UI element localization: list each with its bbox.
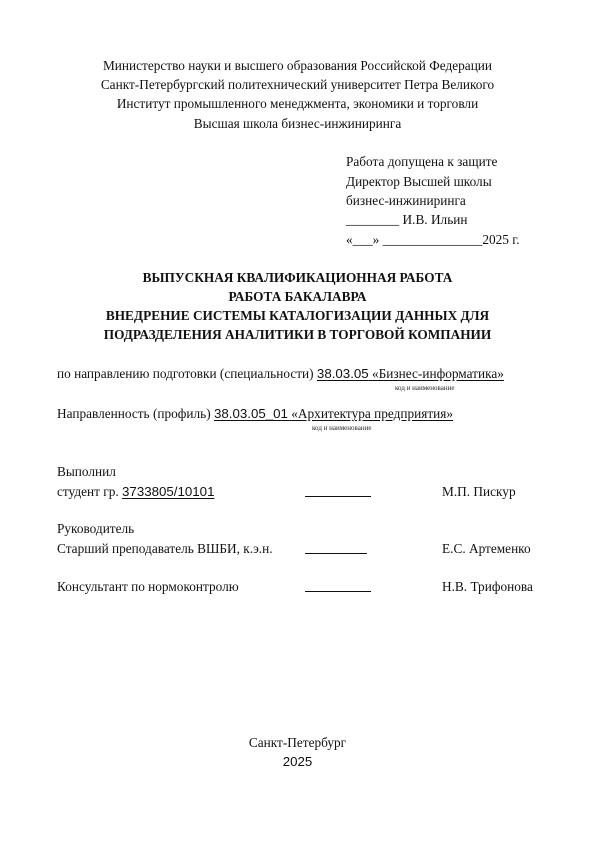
ministry-line: Министерство науки и высшего образования…	[0, 56, 595, 75]
consultant-label: Консультант по нормоконтролю	[57, 577, 239, 596]
supervisor-signature-line	[305, 541, 367, 554]
director-name: И.В. Ильин	[403, 212, 468, 227]
direction-label: по направлению подготовки (специальности…	[57, 366, 314, 381]
date-day-blank: ___	[353, 232, 373, 247]
approval-line-2: Директор Высшей школы	[346, 172, 492, 191]
school-line: Высшая школа бизнес-инжиниринга	[0, 114, 595, 133]
direction-name: «Бизнес-информатика»	[372, 366, 504, 381]
approval-date-row: «___» _______________2025 г.	[346, 230, 520, 249]
approval-line-3: бизнес-инжиниринга	[346, 191, 466, 210]
close-quote: »	[373, 232, 380, 247]
title-line-3: ВНЕДРЕНИЕ СИСТЕМЫ КАТАЛОГИЗАЦИИ ДАННЫХ Д…	[0, 306, 595, 325]
date-year: 2025 г.	[482, 232, 519, 247]
profile-row: Направленность (профиль) 38.03.05_01 «Ар…	[57, 404, 453, 423]
direction-row: по направлению подготовки (специальности…	[57, 364, 504, 383]
profile-code: 38.03.05_01	[214, 406, 288, 421]
profile-name: «Архитектура предприятия»	[291, 406, 453, 421]
title-line-2: РАБОТА БАКАЛАВРА	[0, 287, 595, 306]
student-name: М.П. Пискур	[442, 482, 516, 501]
student-group: 3733805/10101	[122, 484, 214, 499]
approval-line-1: Работа допущена к защите	[346, 152, 497, 171]
consultant-name: Н.В. Трифонова	[442, 577, 533, 596]
supervisor-role: Руководитель	[57, 519, 134, 538]
date-month-blank: _______________	[383, 232, 483, 247]
open-quote: «	[346, 232, 353, 247]
consultant-signature-line	[305, 579, 371, 592]
student-signature-line	[305, 484, 371, 497]
student-label: студент гр.	[57, 484, 119, 499]
footer-city: Санкт-Петербург	[0, 733, 595, 752]
footer-year: 2025	[0, 752, 595, 771]
direction-caption: код и наименование	[395, 384, 454, 392]
university-line: Санкт-Петербургский политехнический унив…	[0, 75, 595, 94]
student-role: Выполнил	[57, 462, 116, 481]
student-row: студент гр. 3733805/10101	[57, 482, 214, 501]
profile-caption: код и наименование	[312, 424, 371, 432]
direction-value: 38.03.05 «Бизнес-информатика»	[317, 366, 504, 381]
profile-label: Направленность (профиль)	[57, 406, 211, 421]
institute-line: Институт промышленного менеджмента, экон…	[0, 94, 595, 113]
supervisor-label: Старший преподаватель ВШБИ, к.э.н.	[57, 539, 273, 558]
profile-value: 38.03.05_01 «Архитектура предприятия»	[214, 406, 453, 421]
supervisor-name: Е.С. Артеменко	[442, 539, 531, 558]
direction-code: 38.03.05	[317, 366, 369, 381]
title-line-4: ПОДРАЗДЕЛЕНИЯ АНАЛИТИКИ В ТОРГОВОЙ КОМПА…	[0, 325, 595, 344]
director-signature-row: ________ И.В. Ильин	[346, 210, 468, 229]
director-signature-blank: ________	[346, 212, 399, 227]
title-line-1: ВЫПУСКНАЯ КВАЛИФИКАЦИОННАЯ РАБОТА	[0, 268, 595, 287]
